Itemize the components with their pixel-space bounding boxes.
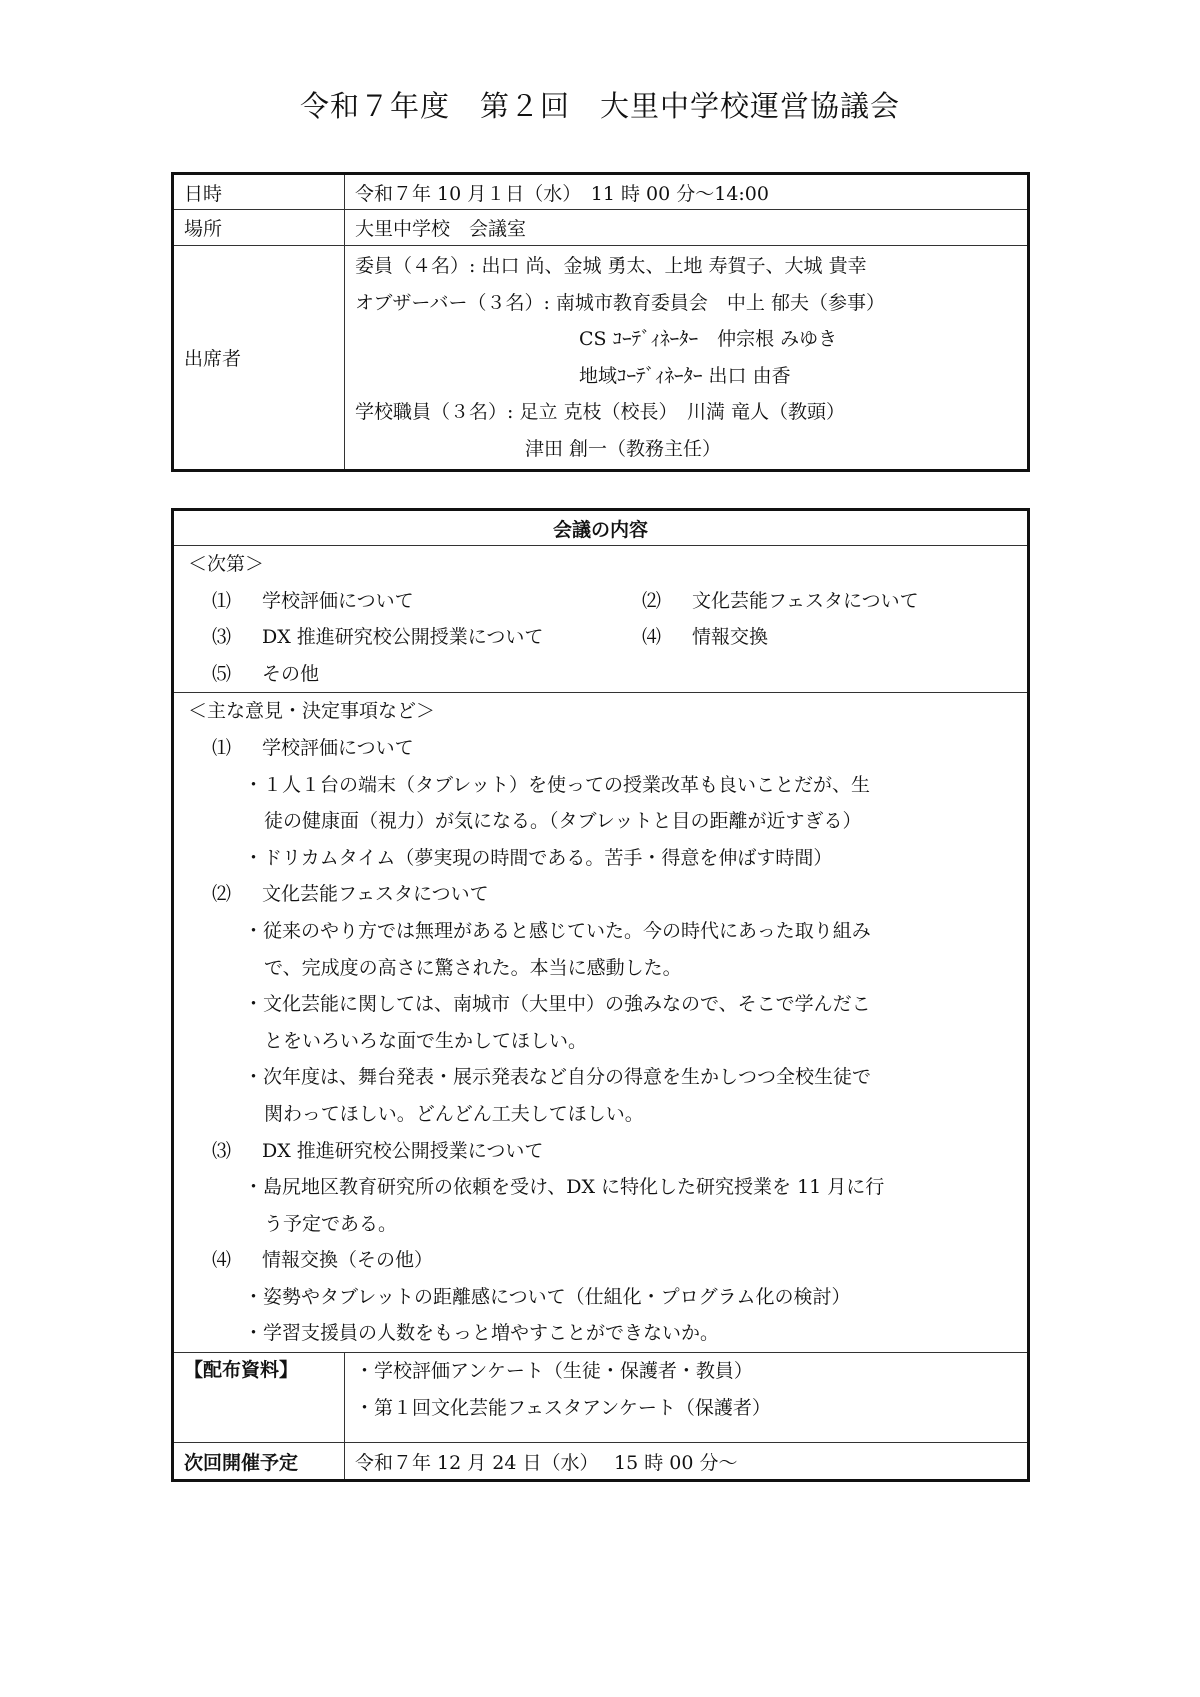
datetime-label: 日時 (173, 174, 345, 210)
materials-row: 【配布資料】 ・学校評価アンケート（生徒・保護者・教員） ・第１回文化芸能フェス… (173, 1353, 1029, 1443)
section-num: ⑵ (212, 876, 262, 913)
opinion-line: 関わってほしい。どんどん工夫してほしい。 (188, 1096, 1017, 1133)
section-num: ⑶ (212, 1133, 262, 1170)
meeting-content-table: 会議の内容 ＜次第＞ ⑴学校評価について ⑵文化芸能フェスタについて ⑶DX 推… (171, 508, 1030, 1482)
attendees-label: 出席者 (173, 246, 345, 471)
agenda-num: ⑷ (642, 619, 692, 656)
attendee-line: 津田 創一（教務主任） (355, 431, 1017, 468)
material-item: ・学校評価アンケート（生徒・保護者・教員） (355, 1353, 1017, 1390)
place-label: 場所 (173, 210, 345, 246)
opinion-line: ・島尻地区教育研究所の依頼を受け、DX に特化した研究授業を 11 月に行 (188, 1169, 1017, 1206)
place-value: 大里中学校 会議室 (345, 210, 1029, 246)
section-title: ⑷情報交換（その他） (188, 1242, 1017, 1279)
agenda-num: ⑸ (212, 656, 262, 693)
section-title: ⑵文化芸能フェスタについて (188, 876, 1017, 913)
agenda-text: その他 (262, 663, 319, 685)
section-title-text: 情報交換（その他） (262, 1249, 433, 1271)
meeting-info-table: 日時 令和７年 10 月１日（水） 11 時 00 分〜14:00 場所 大里中… (171, 172, 1030, 472)
opinions-section: ＜主な意見・決定事項など＞ ⑴学校評価について ・１人１台の端末（タブレット）を… (173, 693, 1029, 1353)
agenda-section: ＜次第＞ ⑴学校評価について ⑵文化芸能フェスタについて ⑶DX 推進研究校公開… (173, 546, 1029, 693)
materials-list: ・学校評価アンケート（生徒・保護者・教員） ・第１回文化芸能フェスタアンケート（… (345, 1353, 1029, 1443)
opinion-line: とをいろいろな面で生かしてほしい。 (188, 1023, 1017, 1060)
agenda-item: ⑸その他 (212, 656, 642, 693)
datetime-value: 令和７年 10 月１日（水） 11 時 00 分〜14:00 (345, 174, 1029, 210)
agenda-text: 文化芸能フェスタについて (692, 590, 919, 612)
section-title-text: 学校評価について (262, 737, 414, 759)
agenda-item: ⑴学校評価について (212, 583, 642, 620)
attendees-list: 委員（４名）: 出口 尚、金城 勇太、上地 寿賀子、大城 貴幸 オブザーバー（３… (345, 246, 1029, 471)
section-title: ⑶DX 推進研究校公開授業について (188, 1133, 1017, 1170)
agenda-item: ⑶DX 推進研究校公開授業について (212, 619, 642, 656)
section-title: ⑴学校評価について (188, 730, 1017, 767)
opinion-line: 徒の健康面（視力）が気になる。（タブレットと目の距離が近すぎる） (188, 803, 1017, 840)
agenda-num: ⑴ (212, 583, 262, 620)
agenda-text: 学校評価について (262, 590, 414, 612)
agenda-heading: ＜次第＞ (188, 546, 1017, 583)
attendee-line: CS ｺｰﾃﾞｨﾈｰﾀｰ 仲宗根 みゆき (355, 321, 1017, 358)
section-num: ⑷ (212, 1242, 262, 1279)
section-title-text: DX 推進研究校公開授業について (262, 1140, 543, 1162)
opinions-heading: ＜主な意見・決定事項など＞ (188, 693, 1017, 730)
opinion-line: う予定である。 (188, 1206, 1017, 1243)
attendees-row: 出席者 委員（４名）: 出口 尚、金城 勇太、上地 寿賀子、大城 貴幸 オブザー… (173, 246, 1029, 471)
agenda-text: 情報交換 (692, 626, 768, 648)
agenda-row: ⑸その他 (188, 656, 1017, 693)
material-item: ・第１回文化芸能フェスタアンケート（保護者） (355, 1390, 1017, 1427)
attendee-line: 地域ｺｰﾃﾞｨﾈｰﾀｰ 出口 由香 (355, 358, 1017, 395)
opinion-line: ・次年度は、舞台発表・展示発表など自分の得意を生かしつつ全校生徒で (188, 1059, 1017, 1096)
next-meeting-label: 次回開催予定 (173, 1443, 345, 1481)
opinion-line: ・姿勢やタブレットの距離感について（仕組化・プログラム化の検討） (188, 1279, 1017, 1316)
opinion-line: ・文化芸能に関しては、南城市（大里中）の強みなので、そこで学んだこ (188, 986, 1017, 1023)
page-title: 令和７年度 第２回 大里中学校運営協議会 (0, 84, 1200, 125)
attendee-line: オブザーバー（３名）: 南城市教育委員会 中上 郁夫（参事） (355, 285, 1017, 322)
content-header: 会議の内容 (173, 510, 1029, 546)
place-row: 場所 大里中学校 会議室 (173, 210, 1029, 246)
agenda-row: ⑶DX 推進研究校公開授業について ⑷情報交換 (188, 619, 1017, 656)
agenda-num: ⑵ (642, 583, 692, 620)
agenda-item: ⑷情報交換 (642, 619, 768, 656)
opinion-line: で、完成度の高さに驚された。本当に感動した。 (188, 950, 1017, 987)
agenda-item: ⑵文化芸能フェスタについて (642, 583, 919, 620)
opinion-line: ・学習支援員の人数をもっと増やすことができないか。 (188, 1315, 1017, 1352)
opinion-line: ・１人１台の端末（タブレット）を使っての授業改革も良いことだが、生 (188, 767, 1017, 804)
section-num: ⑴ (212, 730, 262, 767)
agenda-text: DX 推進研究校公開授業について (262, 626, 543, 648)
next-meeting-value: 令和７年 12 月 24 日（水） 15 時 00 分〜 (345, 1443, 1029, 1481)
agenda-row: ⑴学校評価について ⑵文化芸能フェスタについて (188, 583, 1017, 620)
attendee-line: 委員（４名）: 出口 尚、金城 勇太、上地 寿賀子、大城 貴幸 (355, 248, 1017, 285)
attendee-line: 学校職員（３名）: 足立 克枝（校長） 川満 竜人（教頭） (355, 394, 1017, 431)
next-meeting-row: 次回開催予定 令和７年 12 月 24 日（水） 15 時 00 分〜 (173, 1443, 1029, 1481)
agenda-num: ⑶ (212, 619, 262, 656)
section-title-text: 文化芸能フェスタについて (262, 883, 489, 905)
opinion-line: ・ドリカムタイム（夢実現の時間である。苦手・得意を伸ばす時間） (188, 840, 1017, 877)
opinion-line: ・従来のやり方では無理があると感じていた。今の時代にあった取り組み (188, 913, 1017, 950)
materials-label: 【配布資料】 (173, 1353, 345, 1443)
datetime-row: 日時 令和７年 10 月１日（水） 11 時 00 分〜14:00 (173, 174, 1029, 210)
